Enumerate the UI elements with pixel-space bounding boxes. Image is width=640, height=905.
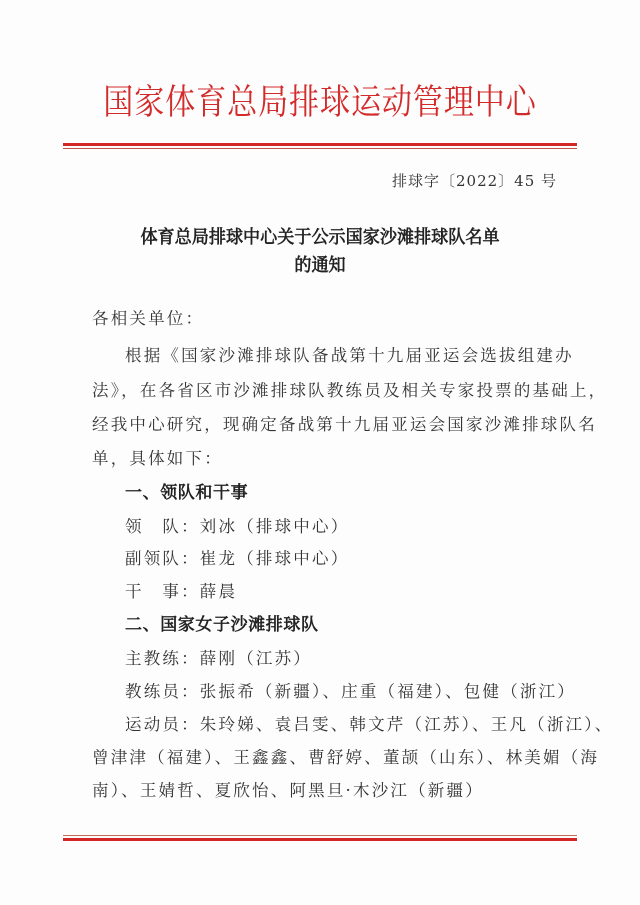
officer-line: 干 事：薛晨 — [125, 581, 237, 603]
team-leader-line: 领 队：刘冰（排球中心） — [125, 516, 349, 538]
separator-thick-line — [63, 143, 577, 146]
document-number: 排球字〔2022〕45 号 — [392, 170, 557, 191]
section-2-heading: 二、国家女子沙滩排球队 — [125, 614, 319, 636]
deputy-leader-line: 副领队：崔龙（排球中心） — [125, 548, 349, 570]
document-title-line-2: 的通知 — [92, 252, 548, 280]
head-coach-line: 主教练：薛刚（江苏） — [125, 648, 312, 670]
letterhead-separator-top — [63, 143, 577, 150]
intro-line-4: 单，具体如下： — [92, 448, 223, 470]
separator-thin-line — [63, 835, 577, 836]
letterhead-org-name: 国家体育总局排球运动管理中心 — [99, 82, 541, 124]
footer-separator — [63, 835, 577, 842]
athletes-line-3: 南）、王婧哲、夏欣怡、阿黑旦·木沙江（新疆） — [92, 780, 484, 802]
coaches-line: 教练员：张振希（新疆）、庄重（福建）、包健（浙江） — [125, 681, 576, 703]
salutation: 各相关单位： — [92, 308, 204, 330]
separator-thick-line — [63, 838, 577, 841]
document-page: 国家体育总局排球运动管理中心 排球字〔2022〕45 号 体育总局排球中心关于公… — [0, 0, 640, 905]
athletes-line-2: 曾津津（福建）、王鑫鑫、曹舒婷、董颉（山东）、林美媚（海 — [92, 747, 599, 769]
intro-line-2: 法》，在各省区市沙滩排球队教练员及相关专家投票的基础上， — [92, 380, 607, 402]
separator-thin-line — [63, 148, 577, 149]
document-title-line-1: 体育总局排球中心关于公示国家沙滩排球队名单 — [92, 224, 548, 252]
intro-line-1: 根据《国家沙滩排球队备战第十九届亚运会选拔组建办 — [125, 345, 574, 367]
document-title: 体育总局排球中心关于公示国家沙滩排球队名单 的通知 — [92, 224, 548, 280]
intro-line-3: 经我中心研究，现确定备战第十九届亚运会国家沙滩排球队名 — [92, 414, 597, 436]
section-1-heading: 一、领队和干事 — [125, 482, 248, 504]
athletes-line-1: 运动员：朱玲娣、袁吕雯、韩文芹（江苏）、王凡（浙江）、 — [125, 714, 613, 736]
